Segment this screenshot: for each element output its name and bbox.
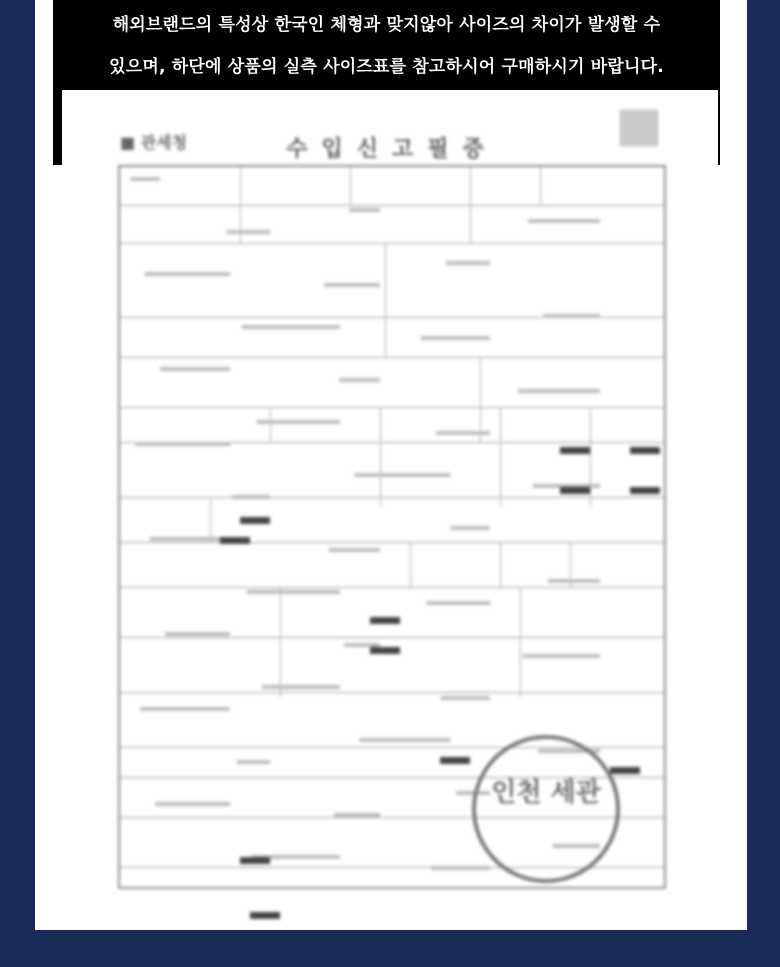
form-text [160,367,230,371]
form-text [446,261,490,265]
form-text [548,579,600,583]
form-text [257,420,340,424]
redaction-bar [630,487,660,494]
form-text [165,632,230,636]
form-divider [120,542,664,543]
form-divider [410,542,411,587]
form-text [431,866,490,870]
form-divider [120,637,664,638]
form-text [135,442,230,446]
form-text [237,760,270,764]
form-divider [280,587,281,697]
blurred-document: ■ 관세청 수입신고필증 인천 세관 [112,110,672,890]
redaction-bar [560,447,590,454]
form-text [528,219,600,223]
form-text [232,495,270,499]
form-text [140,707,230,711]
form-text [242,325,340,329]
form-text [130,177,160,181]
qr-code-icon [620,110,658,146]
form-divider [120,692,664,693]
form-text [247,590,340,594]
form-divider [120,243,664,244]
notice-line-1: 해외브랜드의 특성상 한국인 체형과 맞지않아 사이즈의 차이가 발생할 수 [53,10,720,35]
notice-line-2: 있으며, 하단에 상품의 실측 사이즈표를 참고하시어 구매하시기 바랍니다. [53,52,720,77]
form-text [329,548,380,552]
form-divider [120,587,664,588]
form-text [426,601,490,605]
form-divider [380,407,381,507]
form-divider [385,243,386,357]
redaction-bar [370,647,400,654]
form-divider [470,167,471,243]
form-text [227,230,270,234]
form-divider [120,357,664,358]
document-title: 수입신고필증 [112,132,672,163]
form-text [145,272,230,276]
form-text [349,208,380,212]
redaction-bar [630,447,660,454]
form-divider [120,497,664,498]
form-text [155,802,230,806]
redaction-bar [440,757,470,764]
form-text [518,389,600,393]
redaction-bar [240,857,270,864]
form-divider [270,407,271,442]
form-text [441,696,490,700]
form-divider [520,587,521,697]
form-text [334,813,380,817]
customs-seal: 인천 세관 [472,735,620,883]
form-divider [120,407,664,408]
form-divider [500,542,501,587]
redaction-bar [240,517,270,524]
form-text [543,314,600,318]
form-text [359,738,450,742]
form-text [339,378,380,382]
form-text [354,473,450,477]
form-text [436,431,490,435]
redaction-bar [610,767,640,774]
import-declaration-image: ■ 관세청 수입신고필증 인천 세관 [62,90,718,900]
form-divider [540,167,541,205]
redaction-bar [370,617,400,624]
form-divider [350,167,351,205]
form-divider [120,205,664,206]
form-text [451,526,490,530]
redaction-bar [560,487,590,494]
form-divider [590,407,591,507]
form-text [262,685,340,689]
form-divider [210,497,211,542]
form-text [324,283,380,287]
form-text [523,654,600,658]
redaction-bar [220,537,250,544]
form-divider [480,357,481,442]
form-text [421,336,490,340]
seal-text: 인천 세관 [476,777,616,809]
form-text [150,537,230,541]
redaction-bar [250,912,280,919]
form-divider [500,407,501,507]
